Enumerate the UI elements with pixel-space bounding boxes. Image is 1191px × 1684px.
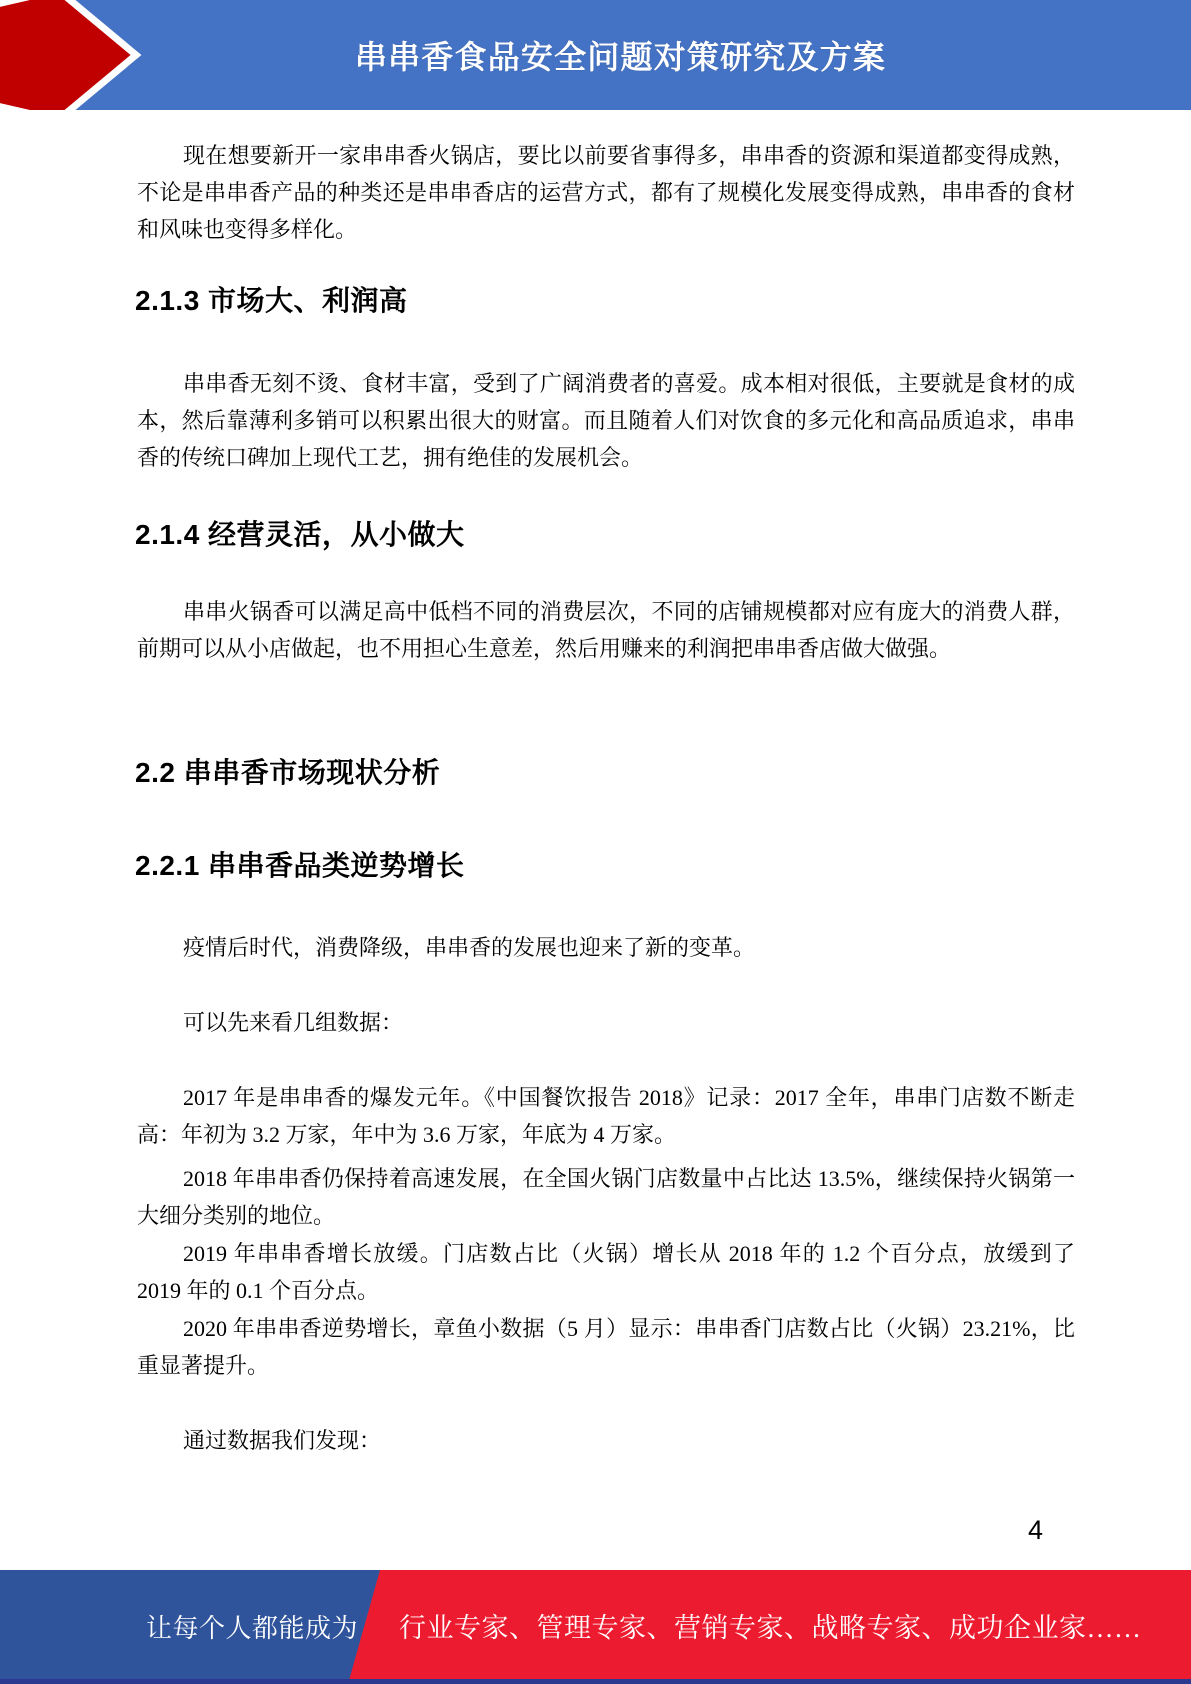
footer-slogan-left: 让每个人都能成为: [146, 1613, 358, 1645]
paragraph-2017: 2017 年是串串香的爆发元年。《中国餐饮报告 2018》记录：2017 全年，…: [137, 1079, 1075, 1153]
heading-2-1-4: 2.1.4 经营灵活，从小做大: [135, 517, 1075, 553]
document-title: 串串香食品安全问题对策研究及方案: [0, 0, 1191, 110]
paragraph-findings: 通过数据我们发现：: [137, 1422, 1075, 1459]
paragraph-market-profit: 串串香无刻不烫、食材丰富，受到了广阔消费者的喜爱。成本相对很低，主要就是食材的成…: [137, 365, 1075, 476]
footer-slogan-right: 行业专家、管理专家、营销专家、战略专家、成功企业家……: [399, 1612, 1142, 1644]
paragraph-2020: 2020 年串串香逆势增长，章鱼小数据（5 月）显示：串串香门店数占比（火锅）2…: [137, 1310, 1075, 1384]
paragraph-2018: 2018 年串串香仍保持着高速发展，在全国火锅门店数量中占比达 13.5%，继续…: [137, 1160, 1075, 1234]
paragraph-intro: 现在想要新开一家串串香火锅店，要比以前要省事得多，串串香的资源和渠道都变得成熟，…: [137, 137, 1075, 248]
heading-2-2: 2.2 串串香市场现状分析: [135, 755, 1075, 791]
paragraph-pandemic: 疫情后时代，消费降级，串串香的发展也迎来了新的变革。: [137, 929, 1075, 966]
heading-2-1-3: 2.1.3 市场大、利润高: [135, 283, 1075, 319]
paragraph-2019: 2019 年串串香增长放缓。门店数占比（火锅）增长从 2018 年的 1.2 个…: [137, 1235, 1075, 1309]
heading-2-2-1: 2.2.1 串串香品类逆势增长: [135, 848, 1075, 884]
page-number: 4: [1028, 1515, 1043, 1546]
footer-bottom-strip: [0, 1679, 1191, 1684]
document-page: 串串香食品安全问题对策研究及方案 现在想要新开一家串串香火锅店，要比以前要省事得…: [0, 0, 1191, 1684]
paragraph-flexible: 串串火锅香可以满足高中低档不同的消费层次，不同的店铺规模都对应有庞大的消费人群，…: [137, 593, 1075, 667]
paragraph-data-intro: 可以先来看几组数据：: [137, 1004, 1075, 1041]
